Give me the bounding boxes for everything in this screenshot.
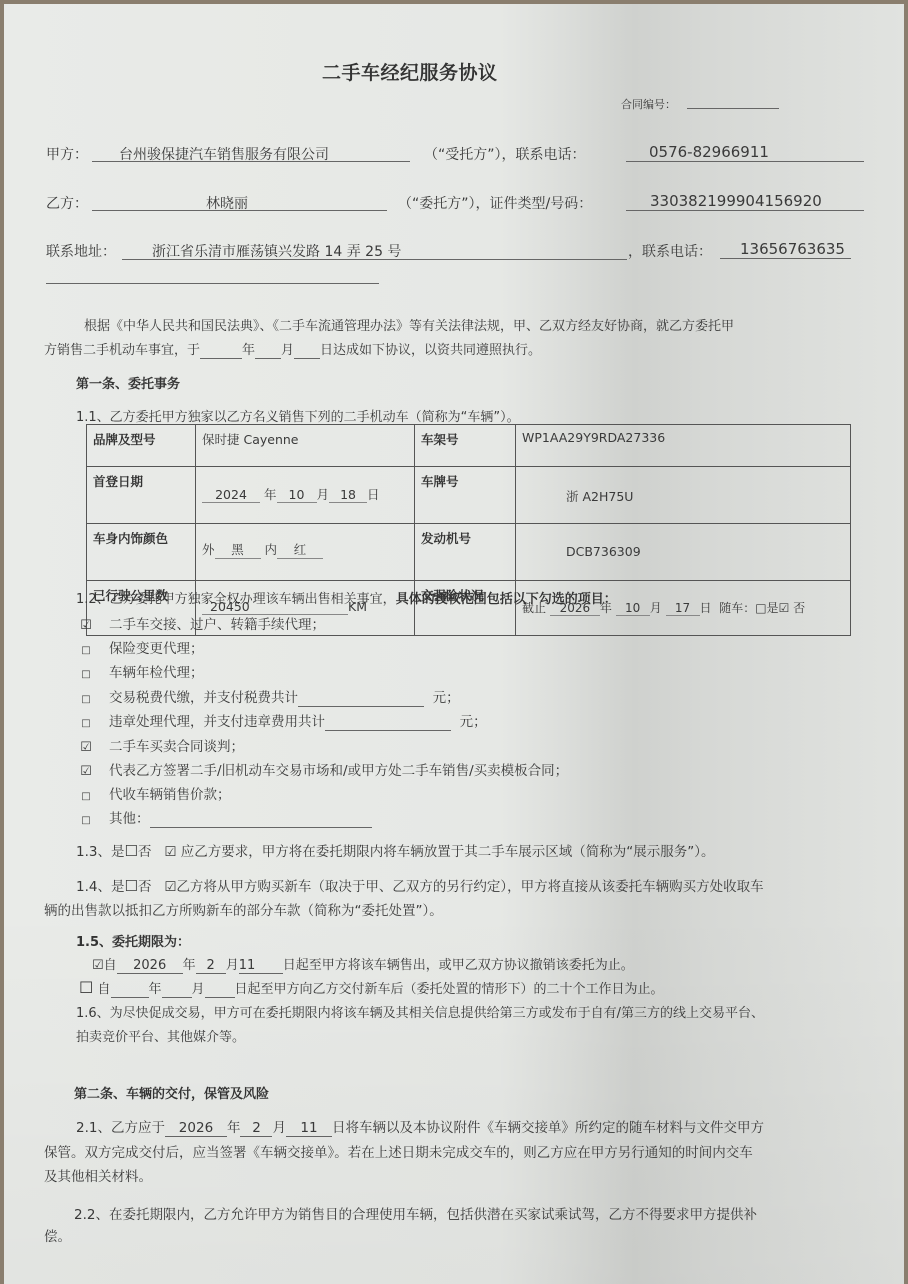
term2-day-field[interactable]	[205, 982, 235, 998]
with-car-no-checkbox[interactable]: ☑	[779, 601, 790, 615]
color-label: 车身内饰颜色	[87, 524, 196, 581]
section-1-2-bold: 具体的授权范围包括以下勾选的项目：	[396, 592, 617, 607]
party-b-name: 林晓丽	[206, 193, 248, 213]
table-row: 首登日期 2024 年10月18日 车牌号 浙 A2H75U	[87, 467, 851, 524]
unit-day: 日	[700, 601, 712, 615]
article1-heading: 第一条、委托事务	[76, 373, 180, 392]
auth-item-tax: □交易税费代缴，并支付税费共计 元；	[79, 686, 460, 707]
unit-month: 月	[650, 601, 662, 615]
auth-checkbox[interactable]: □	[79, 718, 93, 729]
with-car-label: 随车：	[719, 601, 755, 615]
term-start-year: 2026	[117, 958, 183, 974]
auth-item-violation: □违章处理代理，并支付违章费用共计 元；	[79, 710, 487, 731]
section-2-2-line1: 2.2、在委托期限内，乙方允许甲方为销售目的合理使用车辆，包括供潜在买家试乘试驾…	[74, 1203, 757, 1223]
agreement-year-field[interactable]	[200, 343, 242, 359]
term-option-2-text: 日起至甲方向乙方交付新车后（委托处置的情形下）的二十个工作日为止。	[235, 982, 664, 997]
party-b-id-number: 330382199904156920	[650, 192, 822, 210]
section-1-4-line1: 1.4、是☐否 ☑乙方将从甲方购买新车（取决于甲、乙双方的另行约定），甲方将直接…	[76, 875, 764, 895]
plate-label: 车牌号	[415, 467, 516, 524]
violation-amount-field[interactable]	[325, 714, 451, 731]
section-1-4-text: 乙方将从甲方购买新车（取决于甲、乙双方的另行约定），甲方将直接从该委托车辆购买方…	[176, 879, 763, 895]
from-label: 自	[97, 982, 110, 997]
plate-value: 浙 A2H75U	[516, 467, 851, 524]
contract-no-label: 合同编号：	[621, 96, 676, 112]
from-label: 自	[104, 958, 117, 973]
party-a-phone-line	[626, 161, 864, 162]
term-option-1-checkbox[interactable]: ☑	[92, 958, 104, 973]
insurance-month: 10	[616, 601, 650, 616]
unit-year: 年	[264, 487, 277, 502]
party-b-label: 乙方：	[46, 193, 88, 213]
interior-label: 内	[265, 542, 278, 557]
section-2-1-text: 日将车辆以及本协议附件《车辆交接单》所约定的随车材料与文件交甲方	[332, 1120, 764, 1136]
auth-item-text: 其他：	[109, 811, 150, 827]
party-a-phone: 0576-82966911	[649, 143, 769, 161]
auth-item-text: 违章处理代理，并支付违章费用共计	[109, 714, 325, 730]
agreement-day-field[interactable]	[294, 343, 320, 359]
party-b-phone-line	[720, 258, 851, 259]
brand-model-value: 保时捷 Cayenne	[196, 425, 415, 467]
section-2-1-line1: 2.1、乙方应于2026年2月11日将车辆以及本协议附件《车辆交接单》所约定的随…	[76, 1116, 764, 1137]
party-a-name: 台州骏保捷汽车销售服务有限公司	[119, 144, 329, 164]
disposal-yes-checkbox[interactable]: ☐	[124, 877, 137, 895]
currency-unit: 元；	[433, 690, 460, 706]
auth-item-other: □其他：	[79, 807, 372, 828]
first-registration-label: 首登日期	[87, 467, 196, 524]
auth-checkbox[interactable]: □	[79, 645, 93, 656]
agreement-month-field[interactable]	[255, 343, 281, 359]
brand-model-label: 品牌及型号	[87, 425, 196, 467]
party-a-label: 甲方：	[46, 144, 88, 164]
term2-month-field[interactable]	[162, 982, 192, 998]
preamble-line1: 根据《中华人民共和国民法典》、《二手车流通管理办法》等有关法律法规，甲、乙双方经…	[84, 315, 734, 334]
month-unit: 月	[281, 343, 294, 358]
auth-item-text: 交易税费代缴，并支付税费共计	[109, 690, 298, 706]
unit-day: 日	[367, 487, 380, 502]
other-field[interactable]	[150, 811, 372, 828]
insurance-day: 17	[666, 601, 700, 616]
party-b-phone: 13656763635	[740, 240, 845, 258]
address-continuation-line	[46, 283, 379, 284]
with-car-yes-label: 是	[767, 601, 779, 615]
party-a-role: （“受托方”），联系电话：	[424, 144, 586, 164]
term-option-1: ☑自2026年2月11日起至甲方将该车辆售出，或甲乙双方协议撤销该委托为止。	[92, 954, 634, 974]
reg-year: 2024	[202, 487, 260, 503]
unit-month: 月	[272, 1120, 286, 1136]
unit-month: 月	[226, 958, 239, 973]
auth-item-inspection: □车辆年检代理；	[79, 661, 204, 681]
preamble-line2: 方销售二手机动车事宜，于 年 月 日达成如下协议，以资共同遵照执行。	[44, 339, 541, 359]
section-1-3-text: 应乙方要求，甲方将在委托期限内将车辆放置于其二手车展示区域（简称为“展示服务”）…	[181, 844, 715, 860]
auth-item-text: 二手车买卖合同谈判；	[109, 739, 244, 755]
term-option-2-checkbox[interactable]: ☐	[79, 978, 93, 997]
auth-item-insurance: □保险变更代理；	[79, 637, 204, 657]
tax-amount-field[interactable]	[298, 690, 424, 707]
auth-checkbox[interactable]: ☑	[79, 618, 93, 633]
auth-checkbox[interactable]: □	[79, 791, 93, 802]
term-start-day: 11	[239, 958, 283, 974]
section-1-6-line1: 1.6、为尽快促成交易，甲方可在委托期限内将该车辆及其相关信息提供给第三方或发布…	[76, 1002, 764, 1021]
section-1-5-heading: 1.5、委托期限为：	[76, 931, 190, 950]
section-2-2-line2: 偿。	[44, 1225, 71, 1245]
table-row: 品牌及型号 保时捷 Cayenne 车架号 WP1AA29Y9RDA27336	[87, 425, 851, 467]
delivery-month: 2	[240, 1120, 272, 1137]
party-b-phone-label: ，联系电话：	[628, 241, 712, 261]
exterior-label: 外	[202, 542, 215, 557]
auth-checkbox[interactable]: □	[79, 815, 93, 826]
reg-day: 18	[329, 487, 367, 503]
no-label: 否	[138, 844, 152, 860]
term-option-2: ☐ 自 年 月 日起至甲方向乙方交付新车后（委托处置的情形下）的二十个工作日为止…	[79, 978, 664, 998]
exterior-color: 黑	[215, 540, 261, 559]
contract-page: 二手车经纪服务协议 合同编号： 甲方： 台州骏保捷汽车销售服务有限公司 （“受托…	[4, 4, 904, 1280]
auth-item-text: 保险变更代理；	[109, 641, 204, 657]
vin-value: WP1AA29Y9RDA27336	[516, 425, 851, 467]
auth-item-transfer: ☑二手车交接、过户、转籍手续代理；	[79, 613, 325, 633]
with-car-no-label: 否	[793, 601, 805, 615]
table-row: 车身内饰颜色 外黑 内红 发动机号 DCB736309	[87, 524, 851, 581]
auth-item-text: 代收车辆销售价款；	[109, 787, 231, 803]
display-yes-checkbox[interactable]: ☐	[124, 842, 137, 860]
auth-item-collect-payment: □代收车辆销售价款；	[79, 783, 231, 803]
unit-month: 月	[192, 982, 205, 997]
contract-no-field[interactable]	[687, 108, 779, 109]
auth-checkbox[interactable]: □	[79, 694, 93, 705]
auth-checkbox[interactable]: ☑	[79, 740, 93, 755]
preamble-text-a: 方销售二手机动车事宜，于	[44, 343, 200, 358]
first-registration-value: 2024 年10月18日	[196, 467, 415, 524]
auth-checkbox[interactable]: □	[79, 669, 93, 680]
auth-checkbox[interactable]: ☑	[79, 764, 93, 779]
section-2-1-line3: 及其他相关材料。	[44, 1165, 152, 1185]
term2-year-field[interactable]	[111, 982, 149, 998]
term-start-month: 2	[196, 958, 226, 974]
article2-heading: 第二条、车辆的交付，保管及风险	[74, 1083, 269, 1102]
interior-color: 红	[277, 540, 323, 559]
auth-item-negotiation: ☑二手车买卖合同谈判；	[79, 735, 244, 755]
party-b-role: （“委托方”），证件类型/号码：	[398, 193, 592, 213]
auth-item-text: 二手车交接、过户、转籍手续代理；	[109, 617, 325, 633]
unit-year: 年	[149, 982, 162, 997]
section-1-4-line2: 辆的出售款以抵扣乙方所购新车的部分车款（简称为“委托处置”）。	[44, 899, 443, 919]
delivery-day: 11	[286, 1120, 332, 1137]
engine-no-value: DCB736309	[516, 524, 851, 581]
section-1-3: 1.3、是☐否 ☑ 应乙方要求，甲方将在委托期限内将车辆放置于其二手车展示区域（…	[76, 840, 714, 860]
party-b-address-label: 联系地址：	[46, 241, 116, 261]
term-option-1-text: 日起至甲方将该车辆售出，或甲乙双方协议撤销该委托为止。	[283, 958, 634, 973]
unit-month: 月	[317, 487, 330, 502]
preamble-text-b: 日达成如下协议，以资共同遵照执行。	[320, 343, 541, 358]
section-1-4-prefix: 1.4、是	[76, 879, 124, 895]
party-b-address: 浙江省乐清市雁荡镇兴发路 14 弄 25 号	[152, 241, 401, 261]
engine-no-label: 发动机号	[415, 524, 516, 581]
color-value: 外黑 内红	[196, 524, 415, 581]
reg-month: 10	[277, 487, 317, 503]
section-1-6-line2: 拍卖竞价平台、其他媒介等。	[76, 1026, 245, 1045]
section-1-3-prefix: 1.3、是	[76, 844, 124, 860]
year-unit: 年	[242, 343, 255, 358]
section-1-2: 1.2、乙方委托甲方独家全权办理该车辆出售相关事宜，具体的授权范围包括以下勾选的…	[76, 588, 617, 607]
document-title: 二手车经纪服务协议	[322, 58, 498, 85]
auth-item-text: 代表乙方签署二手/旧机动车交易市场和/或甲方处二手车销售/买卖模板合同；	[109, 763, 568, 779]
delivery-year: 2026	[165, 1120, 227, 1137]
auth-item-sign-contract: ☑代表乙方签署二手/旧机动车交易市场和/或甲方处二手车销售/买卖模板合同；	[79, 759, 568, 779]
disposal-no-checkbox[interactable]: ☑	[164, 879, 176, 895]
vin-label: 车架号	[415, 425, 516, 467]
party-b-id-line	[626, 210, 864, 211]
section-2-1-prefix: 2.1、乙方应于	[76, 1120, 165, 1136]
auth-item-text: 车辆年检代理；	[109, 665, 204, 681]
display-no-checkbox[interactable]: ☑	[164, 844, 176, 860]
unit-year: 年	[227, 1120, 241, 1136]
section-1-2-text: 1.2、乙方委托甲方独家全权办理该车辆出售相关事宜，	[76, 592, 396, 607]
section-2-1-line2: 保管。双方完成交付后，应当签署《车辆交接单》。若在上述日期未完成交车的，则乙方应…	[44, 1141, 753, 1161]
with-car-yes-checkbox[interactable]: □	[755, 601, 766, 615]
no-label: 否	[138, 879, 152, 895]
section-1-1: 1.1、乙方委托甲方独家以乙方名义销售下列的二手机动车（简称为“车辆”）。	[76, 406, 520, 425]
currency-unit: 元；	[460, 714, 487, 730]
unit-year: 年	[183, 958, 196, 973]
